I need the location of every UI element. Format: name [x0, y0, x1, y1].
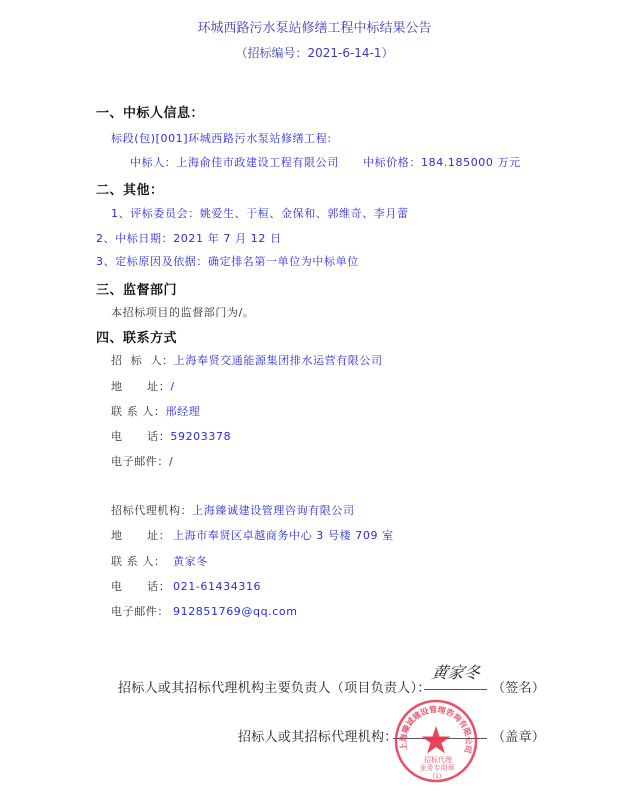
tenderer-address-row: 地 址：/: [111, 378, 175, 394]
agency-address: 上海市奉贤区卓越商务中心 3 号楼 709 室: [173, 529, 394, 542]
winner-name: 上海俞佳市政建设工程有限公司: [176, 156, 338, 169]
section-heading-other: 二、其他：: [96, 179, 164, 198]
section-heading-contact: 四、联系方式: [96, 327, 177, 346]
svg-text:招标代理: 招标代理: [424, 755, 452, 764]
tenderer-name-row: 招 标 人：上海奉贤交通能源集团排水运营有限公司: [111, 352, 383, 368]
price-row: 中标价格：184.185000 万元: [363, 154, 521, 170]
agency-phone-row: 电 话：021-61434316: [111, 578, 261, 594]
seal-suffix: （盖章）: [492, 726, 545, 745]
signature-line: [424, 689, 487, 690]
evaluation-committee: 1、评标委员会：姚爱生、于桓、金保和、郭维奇、李月蕾: [111, 205, 409, 221]
agency-name-row: 招标代理机构：上海臻诚建设管理咨询有限公司: [111, 502, 355, 518]
svg-text:业务专用章: 业务专用章: [420, 763, 455, 772]
tenderer-address: /: [170, 380, 174, 393]
winner-label: 中标人：: [130, 156, 176, 169]
svg-text:(1): (1): [433, 773, 442, 780]
agency-address-label: 地 址：: [111, 527, 173, 543]
tenderer-address-label: 地 址：: [111, 378, 170, 394]
handwritten-signature: 黄家冬: [430, 660, 483, 683]
document-title: 环城西路污水泵站修缮工程中标结果公告: [0, 17, 629, 36]
agency-contact-row: 联 系 人：黄家冬: [111, 553, 208, 569]
agency-name-label: 招标代理机构：: [111, 502, 192, 518]
agency-phone-label: 电 话：: [111, 578, 173, 594]
signature-person-label: 招标人或其招标代理机构主要负责人（项目负责人）：: [118, 677, 431, 696]
tenderer-phone-row: 电 话：59203378: [111, 428, 231, 444]
agency-name: 上海臻诚建设管理咨询有限公司: [192, 504, 354, 517]
agency-email: 912851769@qq.com: [173, 605, 298, 618]
tenderer-phone-label: 电 话：: [111, 428, 170, 444]
award-reason: 3、定标原因及依据：确定排名第一单位为中标单位: [96, 253, 359, 269]
tenderer-name-label: 招 标 人：: [111, 352, 174, 368]
lot-name: 标段(包)[001]环城西路污水泵站修缮工程:: [111, 130, 332, 146]
company-seal: 上海臻诚建设管理咨询有限公司 招标代理 业务专用章 (1): [393, 698, 479, 784]
agency-email-label: 电子邮件：: [111, 603, 173, 619]
winner-row: 中标人：上海俞佳市政建设工程有限公司: [130, 154, 339, 170]
tenderer-contact-row: 联 系 人：邢经理: [111, 403, 200, 419]
agency-contact-label: 联 系 人：: [111, 553, 173, 569]
tenderer-phone: 59203378: [170, 430, 231, 443]
agency-contact: 黄家冬: [173, 555, 208, 568]
signature-suffix: （签名）: [492, 677, 545, 696]
tenderer-name: 上海奉贤交通能源集团排水运营有限公司: [174, 354, 383, 367]
agency-email-row: 电子邮件：912851769@qq.com: [111, 603, 298, 619]
price-label: 中标价格：: [363, 156, 421, 169]
bid-number: （招标编号：2021-6-14-1）: [0, 44, 629, 61]
agency-phone: 021-61434316: [173, 580, 261, 593]
award-date: 2、中标日期：2021 年 7 月 12 日: [96, 230, 282, 246]
price-value: 184.185000 万元: [421, 156, 521, 169]
seal-icon: 上海臻诚建设管理咨询有限公司 招标代理 业务专用章 (1): [393, 698, 479, 784]
tenderer-email-row: 电子邮件：/: [111, 453, 173, 469]
tenderer-email: /: [169, 455, 173, 468]
seal-org-label: 招标人或其招标代理机构：: [238, 726, 398, 745]
tenderer-contact: 邢经理: [166, 405, 201, 418]
section-heading-winner: 一、中标人信息：: [96, 102, 204, 121]
tenderer-email-label: 电子邮件：: [111, 453, 169, 469]
tenderer-contact-label: 联 系 人：: [111, 403, 166, 419]
supervision-text: 本招标项目的监督部门为/。: [111, 304, 255, 320]
agency-address-row: 地 址：上海市奉贤区卓越商务中心 3 号楼 709 室: [111, 527, 394, 543]
section-heading-supervision: 三、监督部门: [96, 279, 177, 298]
